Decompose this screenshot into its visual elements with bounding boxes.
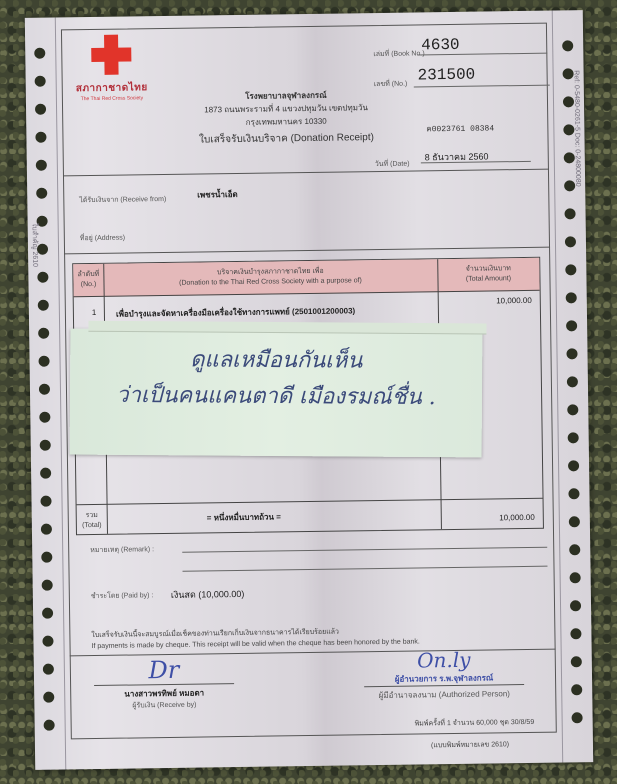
total-row: รวม (Total) = หนึ่งหมื่นบาทถ้วน = 10,000… — [77, 498, 543, 536]
header-amount: จำนวนเงินบาท (Total Amount) — [437, 264, 539, 285]
feed-hole — [565, 236, 576, 247]
header-no: ลำดับที่ (No.) — [73, 270, 103, 290]
feed-hole — [566, 348, 577, 359]
feed-hole — [42, 608, 53, 619]
feed-hole — [41, 524, 52, 535]
feed-hole — [565, 264, 576, 275]
row-amount: 10,000.00 — [496, 296, 532, 305]
receive-from-label: ได้รับเงินจาก (Receive from) — [79, 196, 166, 204]
feed-hole — [38, 356, 49, 367]
feed-hole — [42, 636, 53, 647]
feed-hole — [568, 488, 579, 499]
authorized-signature-block: On.ly ผู้อำนวยการ ร.พ.จุฬาลงกรณ์ ผู้มีอำ… — [364, 647, 525, 702]
logo-name-en: The Thai Red Cross Society — [72, 95, 152, 102]
feed-hole — [570, 628, 581, 639]
tractor-feed-right: Ref: 0-5480-0261-5 Doc: 0-24800080 — [552, 10, 593, 762]
feed-hole — [37, 272, 48, 283]
total-label: รวม (Total) — [77, 511, 107, 531]
feed-hole — [43, 664, 54, 675]
receiver-signature: Dr — [94, 655, 234, 685]
feed-hole — [38, 300, 49, 311]
paid-by-value: เงินสด (10,000.00) — [171, 587, 245, 602]
row-purpose: เพื่อบำรุงและจัดหาเครื่องมือเครื่องใช้ทา… — [116, 304, 355, 320]
feed-hole — [40, 440, 51, 451]
feed-hole — [38, 328, 49, 339]
receipt-date: วันที่ (Date) 8 ธันวาคม 2560 — [375, 153, 410, 171]
receipt-number-value: 231500 — [417, 66, 475, 85]
receiver-label: ผู้รับเงิน (Receive by) — [94, 699, 234, 712]
print-info: พิมพ์ครั้งที่ 1 จำนวน 60,000 ชุด 30/8/59 — [415, 717, 535, 730]
receipt-number: เลขที่ (No.) 231500 — [374, 73, 408, 91]
feed-hole — [42, 580, 53, 591]
feed-hole — [41, 552, 52, 563]
feed-hole — [35, 132, 46, 143]
feed-hole — [570, 600, 581, 611]
feed-hole — [570, 572, 581, 583]
total-label-en: (Total) — [77, 521, 107, 531]
total-label-th: รวม — [77, 511, 107, 521]
side-code-left: ใบสำคัญ 2610 — [29, 223, 41, 267]
thai-red-cross-logo: สภากาชาดไทย The Thai Red Cross Society — [71, 34, 152, 102]
row-no: 1 — [92, 308, 97, 317]
feed-hole — [35, 76, 46, 87]
feed-hole — [39, 384, 50, 395]
date-label: วันที่ (Date) — [375, 161, 410, 168]
feed-hole — [40, 468, 51, 479]
total-in-words: = หนึ่งหมื่นบาทถ้วน = — [207, 510, 281, 524]
feed-hole — [571, 656, 582, 667]
book-number: เล่มที่ (Book No.) 4630 — [373, 42, 425, 61]
authorized-signature: On.ly — [364, 647, 524, 673]
feed-hole — [566, 320, 577, 331]
feed-hole — [567, 376, 578, 387]
feed-hole — [40, 496, 51, 507]
receiver-name: นางสาวพรทิพย์ หมอดา — [94, 683, 234, 701]
receive-from: ได้รับเงินจาก (Receive from) เพชรน้ำเอ็ด — [79, 188, 166, 207]
feed-hole — [36, 160, 47, 171]
sticky-note-line-2: ว่าเป็นคนแคนตาดี เมืองรมณ์ชื่น . — [70, 377, 482, 415]
paid-by-label: ชำระโดย (Paid by) : — [91, 592, 154, 600]
cheque-note: ใบเสร็จรับเงินนี้จะสมบูรณ์เมื่อเช็คของท่… — [91, 625, 420, 652]
feed-hole — [564, 208, 575, 219]
remark-field: หมายเหตุ (Remark) : — [90, 544, 154, 556]
feed-hole — [572, 712, 583, 723]
header-no-th: ลำดับที่ — [73, 270, 103, 280]
sticky-note-line-1: ดูแลเหมือนกันเห็น — [70, 341, 482, 379]
red-cross-icon — [91, 34, 132, 75]
address-label: ที่อยู่ (Address) — [80, 235, 125, 243]
feed-hole — [44, 720, 55, 731]
feed-hole — [36, 188, 47, 199]
address-field: ที่อยู่ (Address) — [80, 227, 125, 246]
feed-hole — [39, 412, 50, 423]
logo-name-th: สภากาชาดไทย — [72, 80, 152, 96]
receive-from-value: เพชรน้ำเอ็ด — [197, 188, 238, 202]
authorized-label: ผู้มีอำนาจลงนาม (Authorized Person) — [364, 684, 524, 702]
sticky-note-underlayer — [88, 321, 486, 335]
header-no-en: (No.) — [73, 280, 103, 290]
feed-hole — [34, 48, 45, 59]
receipt-header: โรงพยาบาลจุฬาลงกรณ์ 1873 ถนนพระรามที่ 4 … — [176, 88, 397, 147]
receiver-signature-block: Dr นางสาวพรทิพย์ หมอดา ผู้รับเงิน (Recei… — [94, 655, 235, 712]
paid-by-field: ชำระโดย (Paid by) : เงินสด (10,000.00) — [91, 590, 154, 602]
feed-hole — [43, 692, 54, 703]
header-amount-en: (Total Amount) — [437, 274, 539, 285]
feed-hole — [571, 684, 582, 695]
remark-label: หมายเหตุ (Remark) : — [90, 546, 154, 554]
form-code: (แบบพิมพ์หมายเลข 2610) — [431, 739, 509, 751]
feed-hole — [568, 460, 579, 471]
feed-hole — [569, 544, 580, 555]
side-code-right: Ref: 0-5480-0261-5 Doc: 0-24800080 — [573, 70, 582, 186]
tax-id: ค0023761 08384 — [426, 121, 494, 135]
feed-hole — [569, 516, 580, 527]
feed-hole — [567, 404, 578, 415]
feed-hole — [566, 292, 577, 303]
book-number-value: 4630 — [421, 36, 460, 55]
receipt-number-label: เลขที่ (No.) — [374, 81, 408, 88]
feed-hole — [568, 432, 579, 443]
total-amount: 10,000.00 — [499, 513, 535, 522]
feed-hole — [35, 104, 46, 115]
feed-hole — [562, 40, 573, 51]
tractor-feed-left: ใบสำคัญ 2610 — [25, 17, 66, 769]
sticky-note: ดูแลเหมือนกันเห็น ว่าเป็นคนแคนตาดี เมือง… — [70, 329, 483, 458]
